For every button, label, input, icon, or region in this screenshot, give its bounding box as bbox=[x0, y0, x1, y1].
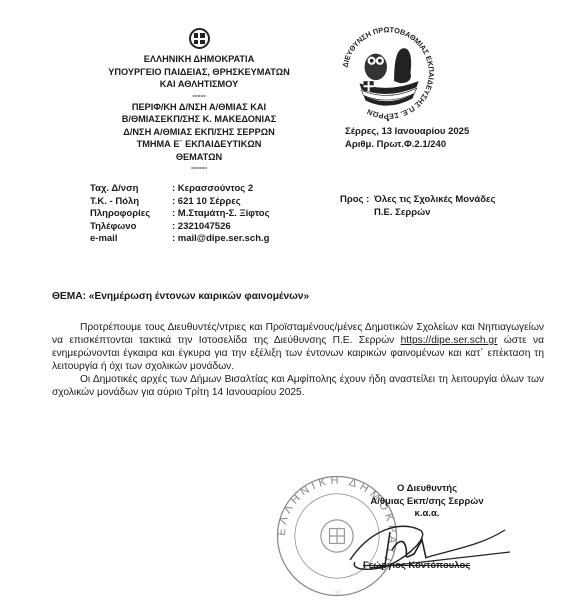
header-line: ΕΛΛΗΝΙΚΗ ΔΗΜΟΚΡΑΤΙΑ bbox=[88, 53, 310, 66]
recipient-line: Όλες τις Σχολικές Μονάδες bbox=[374, 194, 495, 207]
department-line: Β/ΘΜΙΑΣΕΚΠ/ΣΗΣ Κ. ΜΑΚΕΔΟΝΙΑΣ bbox=[88, 113, 310, 126]
contact-value: : 621 10 Σέρρες bbox=[172, 196, 241, 209]
protocol-number: Αριθμ. Πρωτ.Φ.2.1/240 bbox=[345, 139, 469, 152]
date-protocol: Σέρρες, 13 Ιανουαρίου 2025 Αριθμ. Πρωτ.Φ… bbox=[345, 126, 469, 151]
contact-label: Πληροφορίες bbox=[90, 208, 172, 221]
contact-row-postcode: Τ.Κ. - Πόλη : 621 10 Σέρρες bbox=[90, 196, 270, 209]
department-line: ΘΕΜΑΤΩΝ bbox=[88, 151, 310, 164]
contact-value: : mail@dipe.ser.sch.g bbox=[172, 233, 269, 246]
contact-row-info: Πληροφορίες : Μ.Σταμάτη-Σ. Ξίφτος bbox=[90, 208, 270, 221]
recipient-label: Προς : bbox=[340, 194, 374, 207]
contact-label: Τ.Κ. - Πόλη bbox=[90, 196, 172, 209]
header-line: ΥΠΟΥΡΓΕΙΟ ΠΑΙΔΕΙΑΣ, ΘΡΗΣΚΕΥΜΑΤΩΝ bbox=[88, 66, 310, 79]
dipe-website-link[interactable]: https://dipe.ser.sch.gr bbox=[401, 335, 498, 346]
signatory-name: Γεώργιος Κοντόπουλος bbox=[363, 560, 470, 571]
issuer-header: ΕΛΛΗΝΙΚΗ ΔΗΜΟΚΡΑΤΙΑ ΥΠΟΥΡΓΕΙΟ ΠΑΙΔΕΙΑΣ, … bbox=[88, 0, 310, 173]
recipient-block: Προς : Όλες τις Σχολικές Μονάδες Π.Ε. Σε… bbox=[340, 194, 495, 219]
department-line: ΠΕΡΙΦ/ΚΗ Δ/ΝΣΗ Α/ΘΜΙΑΣ ΚΑΙ bbox=[88, 101, 310, 114]
header-line: ΚΑΙ ΑΘΛΗΤΙΣΜΟΥ bbox=[88, 78, 310, 91]
contact-label: Ταχ. Δ/νση bbox=[90, 183, 172, 196]
separator: ------ bbox=[88, 163, 310, 173]
contact-row-phone: Τηλέφωνο : 2321047526 bbox=[90, 221, 270, 234]
separator: ----- bbox=[88, 91, 310, 101]
contact-row-email: e-mail : mail@dipe.ser.sch.g bbox=[90, 233, 270, 246]
letter-body: Προτρέπουμε τους Διευθυντές/ντριες και Π… bbox=[52, 321, 544, 400]
department-line: ΤΜΗΜΑ Ε΄ ΕΚΠΑΙΔΕΥΤΙΚΩΝ bbox=[88, 138, 310, 151]
contact-row-address: Ταχ. Δ/νση : Κερασσούντος 2 bbox=[90, 183, 270, 196]
body-paragraph: Οι Δημοτικές αρχές των Δήμων Βισαλτίας κ… bbox=[52, 373, 544, 399]
contact-value: : Κερασσούντος 2 bbox=[172, 183, 253, 196]
contact-label: e-mail bbox=[90, 233, 172, 246]
contact-value: : Μ.Σταμάτη-Σ. Ξίφτος bbox=[172, 208, 270, 221]
department-line: Δ/ΝΣΗ Α/ΘΜΙΑΣ ΕΚΠ/ΣΗΣ ΣΕΡΡΩΝ bbox=[88, 126, 310, 139]
subject-line: ΘΕΜΑ: «Ενημέρωση έντονων καιρικών φαινομ… bbox=[52, 291, 309, 302]
contact-label: Τηλέφωνο bbox=[90, 221, 172, 234]
document-date: Σέρρες, 13 Ιανουαρίου 2025 bbox=[345, 126, 469, 139]
signatory-title: Ο Διευθυντής bbox=[352, 483, 502, 496]
greek-coat-of-arms-icon bbox=[189, 28, 210, 49]
directorate-owl-seal-icon: ΔΙΕΥΘΥΝΣΗ ΠΡΩΤΟΒΑΘΜΙΑΣ ΕΚΠΑΙΔΕΥΣΗΣ Π.Ε. … bbox=[337, 22, 439, 124]
contact-value: : 2321047526 bbox=[172, 221, 231, 234]
svg-text:☆: ☆ bbox=[335, 587, 342, 596]
body-paragraph: Προτρέπουμε τους Διευθυντές/ντριες και Π… bbox=[52, 321, 544, 373]
signatory-unit: Α/θμιας Εκπ/σης Σερρών bbox=[352, 496, 502, 509]
recipient-line: Π.Ε. Σερρών bbox=[340, 207, 495, 220]
contact-info: Ταχ. Δ/νση : Κερασσούντος 2 Τ.Κ. - Πόλη … bbox=[90, 183, 270, 246]
